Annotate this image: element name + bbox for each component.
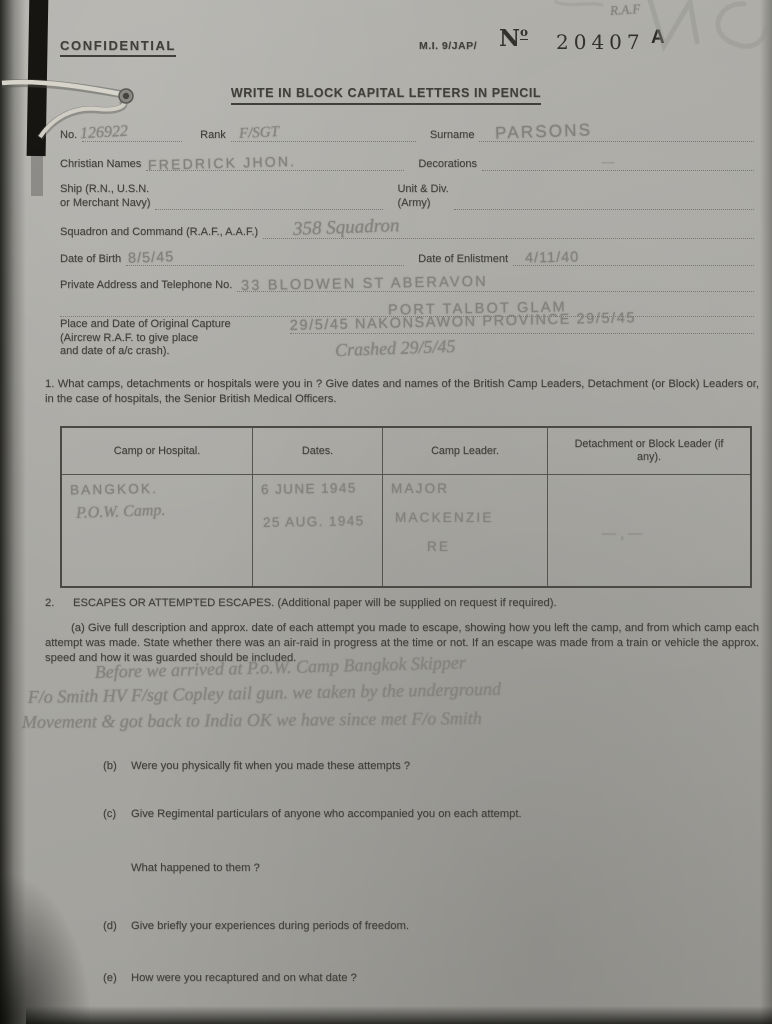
birth-value: 8/5/45 bbox=[128, 249, 175, 267]
camps-table: Camp or Hospital. Dates. Camp Leader. De… bbox=[60, 426, 752, 588]
unit-field bbox=[454, 193, 754, 210]
question-2c: (c) Give Regimental particulars of anyon… bbox=[103, 808, 732, 820]
table-header-dates: Dates. bbox=[252, 428, 382, 474]
table-cell-block-leader: — , — bbox=[547, 474, 750, 586]
file-reference: M.I. 9/JAP/ bbox=[419, 40, 477, 52]
classification-stamp: CONFIDENTIAL bbox=[60, 38, 176, 57]
question-2b: (b) Were you physically fit when you mad… bbox=[103, 760, 732, 772]
escape-answer-line2: F/o Smith HV F/sgt Copley tail gun. we t… bbox=[28, 679, 502, 708]
table-header-leader: Camp Leader. bbox=[382, 428, 547, 474]
table-cell-leader: MAJOR MACKENZIE RE bbox=[382, 474, 547, 586]
question-2e: (e) How were you recaptured and on what … bbox=[103, 972, 732, 984]
squadron-value: 358 Squadron bbox=[293, 215, 400, 241]
rank-value: F/SGT bbox=[238, 124, 279, 143]
row-birth-enlistment: Date of Birth 8/5/45 Date of Enlistment … bbox=[60, 242, 754, 266]
table-header-block-leader: Detachment or Block Leader (if any). bbox=[547, 428, 750, 474]
pow-questionnaire-form: CONFIDENTIAL M.I. 9/JAP/ No 20407 A R.A.… bbox=[0, 0, 772, 1024]
address-label: Private Address and Telephone No. bbox=[60, 279, 237, 292]
ship-field bbox=[155, 193, 383, 210]
raf-pencil-note: R.A.F bbox=[609, 1, 640, 19]
rank-label: Rank bbox=[182, 129, 231, 142]
form-title: WRITE IN BLOCK CAPITAL LETTERS IN PENCIL bbox=[0, 84, 772, 102]
section-2-heading: 2. ESCAPES OR ATTEMPTED ESCAPES. (Additi… bbox=[45, 597, 754, 609]
address-field-line1: 33 BLODWEN ST ABERAVON bbox=[237, 275, 754, 292]
copy-letter: A bbox=[651, 27, 665, 49]
enlistment-label: Date of Enlistment bbox=[404, 253, 513, 266]
table-cell-dates: 6 JUNE 1945 25 AUG. 1945 bbox=[252, 474, 382, 586]
serial-number-stamp: 20407 bbox=[556, 30, 645, 54]
binding-tape bbox=[27, 0, 49, 156]
enlistment-field: 4/11/40 bbox=[513, 249, 754, 266]
capture-value-line2: Crashed 29/5/45 bbox=[335, 336, 456, 361]
decorations-label: Decorations bbox=[404, 158, 482, 171]
row-ship-unit: Ship (R.N., U.S.N.or Merchant Navy) Unit… bbox=[60, 176, 754, 210]
row-address: Private Address and Telephone No. 33 BLO… bbox=[60, 268, 754, 292]
right-page-edge bbox=[760, 0, 772, 1024]
table-cell-camp: BANGKOK. P.O.W. Camp. bbox=[62, 474, 252, 586]
rank-field: F/SGT bbox=[231, 125, 416, 142]
service-no-label: No. bbox=[60, 129, 82, 142]
christian-names-field: FREDRICK JHON. bbox=[146, 154, 404, 171]
service-no-value: 126922 bbox=[80, 123, 129, 143]
service-no-field: 126922 bbox=[82, 125, 182, 142]
birth-field: 8/5/45 bbox=[126, 249, 404, 266]
row-no-rank-surname: No. 126922 Rank F/SGT Surname PARSONS bbox=[60, 120, 754, 142]
table-header-camp: Camp or Hospital. bbox=[62, 428, 252, 474]
unit-label: Unit & Div.(Army) bbox=[383, 183, 453, 210]
squadron-field: 358 Squadron bbox=[263, 222, 754, 239]
bottom-left-corner-shadow bbox=[0, 874, 90, 1024]
bottom-page-edge bbox=[26, 1006, 772, 1024]
decorations-value: — bbox=[602, 155, 614, 171]
question-1: 1. What camps, detachments or hospitals … bbox=[45, 377, 759, 407]
enlistment-value: 4/11/40 bbox=[525, 250, 580, 267]
question-2c-followup: What happened to them ? bbox=[131, 862, 260, 874]
capture-field-line1: 29/5/45 NAKONSAWON PROVINCE 29/5/45 bbox=[290, 310, 754, 334]
row-squadron: Squadron and Command (R.A.F., A.A.F.) 35… bbox=[60, 215, 754, 239]
capture-label: Place and Date of Original Capture (Airc… bbox=[60, 318, 290, 359]
christian-names-label: Christian Names bbox=[60, 158, 146, 171]
escape-answer-line3: Movement & got back to India OK we have … bbox=[22, 708, 482, 733]
address-value-line1: 33 BLODWEN ST ABERAVON bbox=[241, 274, 488, 294]
christian-names-value: FREDRICK JHON. bbox=[148, 153, 297, 173]
surname-value: PARSONS bbox=[495, 120, 593, 143]
question-2d: (d) Give briefly your experiences during… bbox=[103, 920, 732, 932]
surname-label: Surname bbox=[416, 129, 480, 142]
squadron-label: Squadron and Command (R.A.F., A.A.F.) bbox=[60, 226, 263, 239]
number-label: No bbox=[499, 25, 528, 52]
decorations-field: — bbox=[482, 154, 754, 171]
left-page-edge bbox=[0, 0, 26, 1024]
surname-field: PARSONS bbox=[479, 125, 754, 142]
row-names-decorations: Christian Names FREDRICK JHON. Decoratio… bbox=[60, 149, 754, 171]
birth-label: Date of Birth bbox=[60, 253, 126, 266]
capture-value-line1: 29/5/45 NAKONSAWON PROVINCE 29/5/45 bbox=[290, 310, 637, 334]
ship-label: Ship (R.N., U.S.N.or Merchant Navy) bbox=[60, 183, 155, 210]
